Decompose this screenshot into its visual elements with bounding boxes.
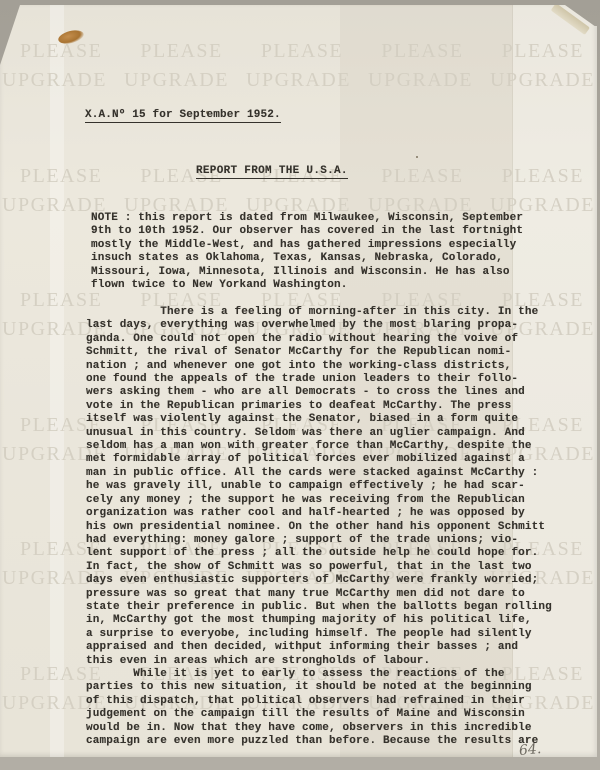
report-reference: X.A.Nº 15 for September 1952.: [85, 109, 281, 122]
body-paragraph: There is a feeling of morning-after in t…: [86, 306, 552, 748]
report-title: REPORT FROM THE U.S.A.: [196, 165, 348, 178]
note-paragraph: NOTE : this report is dated from Milwauk…: [91, 212, 523, 292]
handwritten-page-number: 64.: [518, 741, 542, 759]
typed-document: X.A.Nº 15 for September 1952. REPORT FRO…: [0, 0, 600, 770]
